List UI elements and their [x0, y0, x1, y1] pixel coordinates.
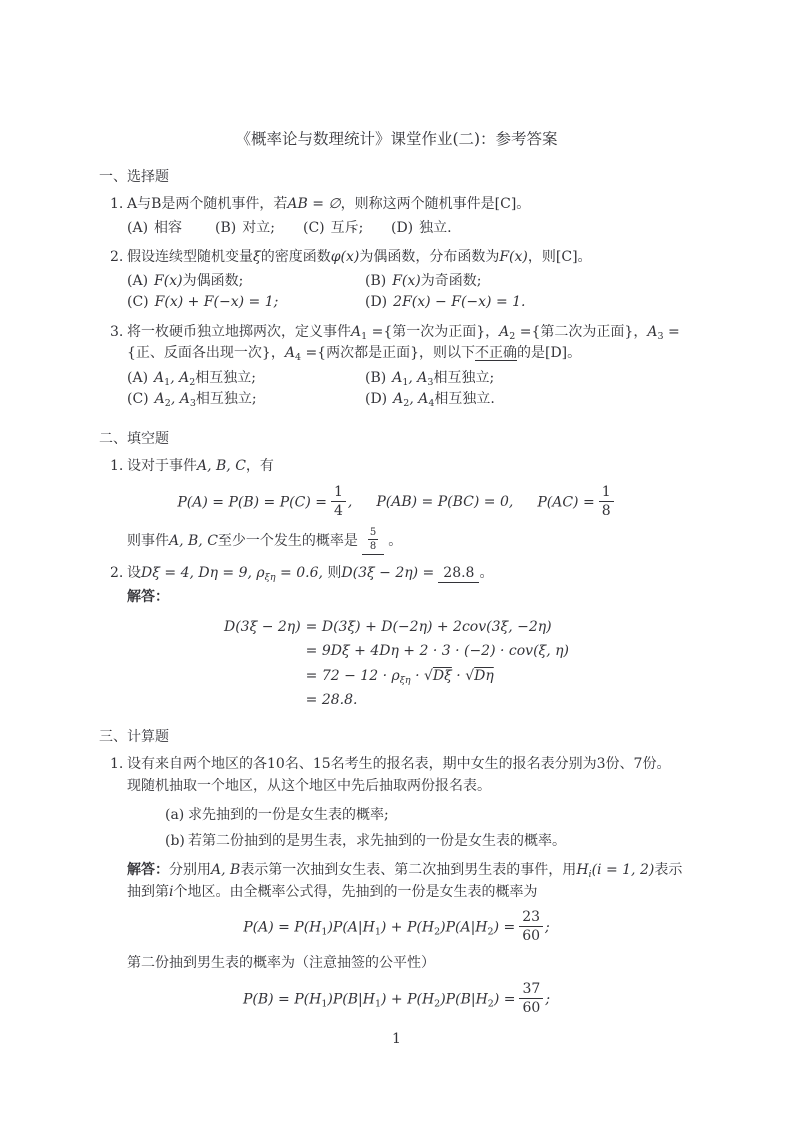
- fraction-numerator: 23: [519, 909, 543, 927]
- option-label: (C): [127, 294, 149, 310]
- math-segment: ) =: [494, 991, 516, 1007]
- option-label: (D): [365, 294, 387, 310]
- item-number: 2.: [110, 247, 123, 269]
- math-segment: A: [155, 391, 165, 407]
- display-equation-pb: P(B) = P(H1)P(B|H1) + P(H2)P(B|H2) =3760…: [99, 980, 694, 1019]
- sub-question-a: (a)求先抽到的一份是女生表的概率;: [127, 805, 694, 827]
- text-segment: ，则[C]。: [528, 249, 592, 265]
- math-rhs: = 28.8.: [301, 688, 569, 713]
- derivation-line: = 72 − 12 · ρξη · √Dξ · √Dη: [224, 664, 569, 689]
- math-segment: A: [499, 324, 509, 340]
- option-text: 为奇函数;: [421, 273, 482, 289]
- text-segment: 设: [127, 565, 141, 581]
- text-segment: 分别用: [169, 862, 211, 878]
- display-equation-pa: P(A) = P(H1)P(A|H1) + P(H2)P(A|H2) =2360…: [99, 908, 694, 947]
- math-segment: A, B, C: [197, 458, 246, 474]
- text-segment: 个地区。由全概率公式得，先抽到的一份是女生表的概率为: [173, 884, 537, 900]
- fill-1-answer-line: 则事件A, B, C至少一个发生的概率是58。: [127, 527, 694, 555]
- derivation-line: D(3ξ − 2η)= D(3ξ) + D(−2η) + 2cov(3ξ, −2…: [224, 615, 569, 640]
- math-segment: P(AC) =: [537, 494, 594, 510]
- text-segment: A与B是两个随机事件，若: [127, 196, 287, 212]
- text-segment: 将一枚硬币独立地掷两次，定义事件: [127, 324, 351, 340]
- answer-blank: 28.8: [438, 565, 479, 583]
- fill-2-text: 设Dξ = 4, Dη = 9, ρξη = 0.6, 则D(3ξ − 2η) …: [127, 563, 694, 585]
- text-segment: 。: [388, 533, 402, 549]
- math-rhs: = 9Dξ + 4Dη + 2 · 3 · (−2) · cov(ξ, η): [301, 639, 569, 664]
- text-segment: ，有: [246, 458, 274, 474]
- option-label: (A): [127, 370, 148, 386]
- option-label: (B): [365, 370, 386, 386]
- fraction: 14: [331, 484, 346, 519]
- math-segment: P(A) = P(H: [243, 920, 321, 936]
- math-segment: A, B: [211, 862, 240, 878]
- option-label: (C): [127, 391, 149, 407]
- fraction: 58: [368, 527, 378, 552]
- math-rhs: = D(3ξ) + D(−2η) + 2cov(3ξ, −2η): [301, 615, 569, 640]
- fraction-denominator: 60: [519, 999, 543, 1016]
- option-text: 相容: [154, 220, 182, 236]
- math-segment: ξ: [253, 249, 261, 265]
- question-3-text: 将一枚硬币独立地掷两次，定义事件A1 ={第一次为正面}，A2 ={第二次为正面…: [127, 322, 694, 365]
- fraction: 3760: [519, 981, 543, 1016]
- math-segment: , A: [171, 391, 190, 407]
- math-segment: A: [285, 345, 295, 361]
- math-segment: ;: [545, 991, 550, 1007]
- fraction-numerator: 1: [599, 484, 614, 502]
- solution-label-line: 解答：: [127, 587, 694, 609]
- item-number: 1.: [110, 456, 123, 478]
- sub-question-text: 若第二份抽到的是男生表，求先抽到的一份是女生表的概率。: [188, 833, 566, 849]
- option-text: 相互独立;: [196, 391, 257, 407]
- math-segment: P(A) = P(B) = P(C) =: [177, 494, 327, 510]
- math-segment: )P(A|H: [327, 920, 374, 936]
- question-2: 2. 假设连续型随机变量ξ的密度函数φ(x)为偶函数，分布函数为F(x)，则[C…: [99, 247, 694, 314]
- sub-question-b: (b)若第二份抽到的是男生表，求先抽到的一份是女生表的概率。: [127, 831, 694, 853]
- fraction-numerator: 37: [519, 981, 543, 999]
- question-1: 1. A与B是两个随机事件，若AB = ∅，则称这两个随机事件是[C]。 (A)…: [99, 194, 694, 239]
- math-segment: F(x): [499, 249, 528, 265]
- derivation-block: D(3ξ − 2η)= D(3ξ) + D(−2η) + 2cov(3ξ, −2…: [224, 615, 569, 713]
- option-b: (B)F(x)为奇函数;: [365, 271, 481, 293]
- math-segment: AB = ∅: [287, 196, 340, 212]
- math-segment: φ(x): [331, 249, 360, 265]
- question-1-options: (A)相容 (B)对立; (C)互斥; (D)独立.: [127, 218, 694, 240]
- sub-question-label: (b): [165, 831, 185, 853]
- text-segment: ={第一次为正面}，: [367, 324, 499, 340]
- derivation-line: = 28.8.: [224, 688, 569, 713]
- math-segment: ) + P(H: [381, 920, 434, 936]
- page-number: 1: [99, 1029, 694, 1051]
- option-label: (A): [127, 220, 148, 236]
- sqrt-radicand: Dη: [474, 668, 494, 684]
- fill-question-1: 1. 设对于事件A, B, C，有: [99, 456, 694, 478]
- subscript: ξη: [400, 675, 411, 686]
- sqrt-icon: √: [465, 668, 474, 684]
- math-segment: A: [393, 391, 403, 407]
- option-d: (D)A2, A4相互独立.: [365, 389, 495, 411]
- between-equations-text: 第二份抽到男生表的概率为（注意抽签的公平性）: [127, 953, 694, 975]
- computation-1-line-1: 设有来自两个地区的各10名、15名考生的报名表，期中女生的报名表分别为3份、7份…: [127, 754, 694, 776]
- option-c: (C)F(x) + F(−x) = 1;: [127, 292, 365, 314]
- option-a: (A)相容: [127, 218, 215, 240]
- math-segment: )P(B|H: [440, 991, 488, 1007]
- question-2-options-row-2: (C)F(x) + F(−x) = 1; (D)2F(x) − F(−x) = …: [127, 292, 694, 314]
- option-text: 对立;: [242, 220, 275, 236]
- text-segment: 至少一个发生的概率是: [218, 533, 358, 549]
- option-a: (A)A1, A2相互独立;: [127, 368, 365, 390]
- option-label: (B): [215, 220, 236, 236]
- math-lhs: [224, 688, 301, 713]
- question-3: 3. 将一枚硬币独立地掷两次，定义事件A1 ={第一次为正面}，A2 ={第二次…: [99, 322, 694, 411]
- question-2-text: 假设连续型随机变量ξ的密度函数φ(x)为偶函数，分布函数为F(x)，则[C]。: [127, 247, 694, 269]
- math-segment: ;: [545, 920, 550, 936]
- math-segment: , A: [408, 370, 427, 386]
- display-equation-probabilities: P(A) = P(B) = P(C) =14,P(AB) = P(BC) = 0…: [99, 483, 694, 522]
- math-segment: P(B) = P(H: [243, 991, 321, 1007]
- page-title: 《概率论与数理统计》课堂作业(二)：参考答案: [99, 129, 694, 151]
- answer-blank: 58: [362, 527, 384, 555]
- text-segment: 表示第一次抽到女生表、第二次抽到男生表的事件，用: [240, 862, 576, 878]
- text-segment: 的密度函数: [261, 249, 331, 265]
- solution-paragraph: 解答：分别用A, B表示第一次抽到女生表、第二次抽到男生表的事件，用Hi(i =…: [127, 860, 694, 903]
- text-segment: 的是[D]。: [517, 345, 581, 361]
- section-heading-computation: 三、计算题: [99, 727, 694, 749]
- question-3-options-row-2: (C)A2, A3相互独立; (D)A2, A4相互独立.: [127, 389, 694, 411]
- option-text: 相互独立;: [195, 370, 256, 386]
- section-heading-fill: 二、填空题: [99, 429, 694, 451]
- math-segment: )P(A|H: [440, 920, 487, 936]
- question-3-options-row-1: (A)A1, A2相互独立; (B)A1, A3相互独立;: [127, 368, 694, 390]
- math-lhs: [224, 639, 301, 664]
- math-segment: )P(B|H: [327, 991, 375, 1007]
- math-segment: D(3ξ − 2η) =: [341, 565, 434, 581]
- item-number: 1.: [110, 754, 123, 776]
- question-1-text: A与B是两个随机事件，若AB = ∅，则称这两个随机事件是[C]。: [127, 194, 694, 216]
- math-segment: , A: [170, 370, 189, 386]
- option-c: (C)互斥;: [303, 218, 391, 240]
- option-c: (C)A2, A3相互独立;: [127, 389, 365, 411]
- math-segment: ) + P(H: [381, 991, 434, 1007]
- option-b: (B)A1, A3相互独立;: [365, 368, 494, 390]
- fill-1-text: 设对于事件A, B, C，有: [127, 456, 694, 478]
- text-segment: 则事件: [127, 533, 169, 549]
- section-heading-choice: 一、选择题: [99, 167, 694, 189]
- fraction-denominator: 4: [331, 502, 346, 519]
- option-text: 为偶函数;: [183, 273, 244, 289]
- text-segment: 。: [479, 565, 493, 581]
- sqrt-icon: √: [424, 668, 433, 684]
- math-segment: H: [576, 862, 588, 878]
- fraction-numerator: 5: [368, 527, 378, 540]
- math-segment: A: [351, 324, 361, 340]
- math-segment: = 0.6,: [276, 565, 323, 581]
- math-segment: P(AB) = P(BC) = 0,: [376, 494, 513, 510]
- math-segment: A: [154, 370, 164, 386]
- underlined-text: 不正确: [475, 345, 517, 361]
- item-number: 2.: [110, 563, 123, 585]
- math-segment: A: [647, 324, 657, 340]
- math-segment: (i = 1, 2): [592, 862, 655, 878]
- math-segment: F(x): [392, 273, 421, 289]
- math-segment: ·: [452, 668, 465, 684]
- text-segment: ，则称这两个随机事件是[C]。: [341, 196, 531, 212]
- fraction: 2360: [519, 909, 543, 944]
- item-number: 3.: [110, 322, 123, 344]
- document-page: 《概率论与数理统计》课堂作业(二)：参考答案 一、选择题 1. A与B是两个随机…: [0, 0, 793, 1122]
- math-segment: ,: [348, 494, 352, 510]
- math-segment: , A: [409, 391, 428, 407]
- math-segment: ) =: [494, 920, 516, 936]
- math-segment: Dξ = 4, Dη = 9, ρ: [141, 565, 265, 581]
- fill-question-2: 2. 设Dξ = 4, Dη = 9, ρξη = 0.6, 则D(3ξ − 2…: [99, 563, 694, 609]
- math-lhs: [224, 664, 301, 689]
- option-text: 独立.: [419, 220, 451, 236]
- text-segment: ={第二次为正面}，: [515, 324, 647, 340]
- option-a: (A)F(x)为偶函数;: [127, 271, 365, 293]
- text-segment: 为偶函数，分布函数为: [359, 249, 499, 265]
- sub-question-label: (a): [165, 805, 184, 827]
- subscript: ξη: [265, 572, 276, 583]
- option-label: (D): [365, 391, 387, 407]
- solution-label: 解答：: [127, 862, 169, 878]
- option-b: (B)对立;: [215, 218, 303, 240]
- math-segment: F(x): [154, 273, 183, 289]
- option-d: (D)独立.: [391, 218, 452, 240]
- text-segment: ={两次都是正面}，则以下: [301, 345, 475, 361]
- math-segment: A, B, C: [169, 533, 218, 549]
- math-segment: ·: [411, 668, 424, 684]
- option-d: (D)2F(x) − F(−x) = 1.: [365, 292, 525, 314]
- item-number: 1.: [110, 194, 123, 216]
- text-segment: 假设连续型随机变量: [127, 249, 253, 265]
- fraction-denominator: 60: [519, 927, 543, 944]
- fraction-denominator: 8: [599, 502, 614, 519]
- math-rhs: = 72 − 12 · ρξη · √Dξ · √Dη: [301, 664, 569, 689]
- math-segment: A: [392, 370, 402, 386]
- question-2-options-row-1: (A)F(x)为偶函数; (B)F(x)为奇函数;: [127, 271, 694, 293]
- math-segment: 2F(x) − F(−x) = 1.: [393, 294, 525, 310]
- text-segment: 则: [323, 565, 341, 581]
- option-text: 相互独立;: [433, 370, 494, 386]
- solution-label: 解答：: [127, 589, 169, 605]
- computation-1-line-2: 现随机抽取一个地区，从这个地区中先后抽取两份报名表。: [127, 776, 694, 798]
- fraction-denominator: 8: [368, 540, 378, 552]
- option-text: 互斥;: [331, 220, 364, 236]
- derivation-line: = 9Dξ + 4Dη + 2 · 3 · (−2) · cov(ξ, η): [224, 639, 569, 664]
- option-label: (C): [303, 220, 325, 236]
- option-label: (A): [127, 273, 148, 289]
- sqrt-radicand: Dξ: [433, 668, 452, 684]
- fraction: 18: [599, 484, 614, 519]
- math-lhs: D(3ξ − 2η): [224, 615, 301, 640]
- text-segment: 设对于事件: [127, 458, 197, 474]
- option-text: 相互独立.: [434, 391, 494, 407]
- math-segment: = 72 − 12 · ρ: [306, 668, 400, 684]
- math-segment: F(x) + F(−x) = 1;: [155, 294, 279, 310]
- option-label: (B): [365, 273, 386, 289]
- sub-question-text: 求先抽到的一份是女生表的概率;: [188, 807, 389, 823]
- fraction-numerator: 1: [331, 484, 346, 502]
- option-label: (D): [391, 220, 413, 236]
- computation-question-1: 1. 设有来自两个地区的各10名、15名考生的报名表，期中女生的报名表分别为3份…: [99, 754, 694, 852]
